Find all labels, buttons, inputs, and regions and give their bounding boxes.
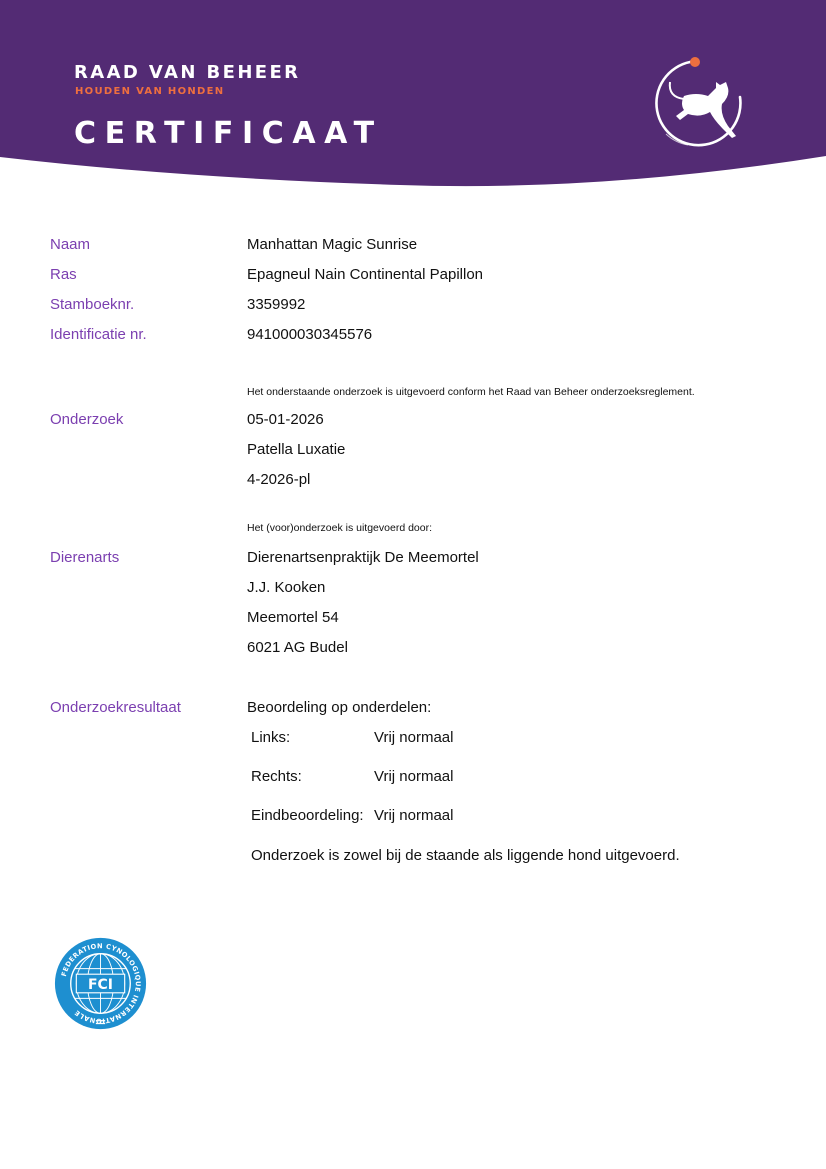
registry-number: 3359992: [247, 296, 305, 313]
dog-breed: Epagneul Nain Continental Papillon: [247, 266, 483, 283]
brand-name: RAAD VAN BEHEER: [74, 62, 300, 83]
document-title: CERTIFICAAT: [74, 116, 383, 151]
vet-name: J.J. Kooken: [247, 579, 325, 596]
breed-label: Ras: [50, 266, 77, 283]
exam-label: Onderzoek: [50, 411, 123, 428]
exam-date: 05-01-2026: [247, 411, 324, 428]
dog-name: Manhattan Magic Sunrise: [247, 236, 417, 253]
result-row-value: Vrij normaal: [374, 768, 453, 785]
identification-number: 941000030345576: [247, 326, 372, 343]
exam-type: Patella Luxatie: [247, 441, 345, 458]
fci-logo-icon: FCI FEDERATION CYNOLOGIQUE INTERNATIONAL…: [54, 937, 147, 1030]
identification-label: Identificatie nr.: [50, 326, 147, 343]
brand-tagline: HOUDEN VAN HONDEN: [75, 86, 224, 97]
result-row-value: Vrij normaal: [374, 729, 453, 746]
vet-label: Dierenarts: [50, 549, 119, 566]
vet-practice: Dierenartsenpraktijk De Meemortel: [247, 549, 479, 566]
vet-note: Het (voor)onderzoek is uitgevoerd door:: [247, 522, 432, 534]
name-label: Naam: [50, 236, 90, 253]
svg-text:FCI: FCI: [88, 977, 113, 993]
exam-reference: 4-2026-pl: [247, 471, 310, 488]
vet-city: 6021 AG Budel: [247, 639, 348, 656]
result-label: Onderzoekresultaat: [50, 699, 181, 716]
result-row-label: Eindbeoordeling:: [251, 807, 364, 824]
leaping-dog-logo-icon: [648, 52, 748, 152]
result-row-label: Links:: [251, 729, 290, 746]
result-heading: Beoordeling op onderdelen:: [247, 699, 431, 716]
vet-address: Meemortel 54: [247, 609, 339, 626]
result-remark: Onderzoek is zowel bij de staande als li…: [251, 847, 680, 864]
result-row-label: Rechts:: [251, 768, 302, 785]
exam-regulation-note: Het onderstaande onderzoek is uitgevoerd…: [247, 386, 695, 398]
registry-label: Stamboeknr.: [50, 296, 134, 313]
result-row-value: Vrij normaal: [374, 807, 453, 824]
